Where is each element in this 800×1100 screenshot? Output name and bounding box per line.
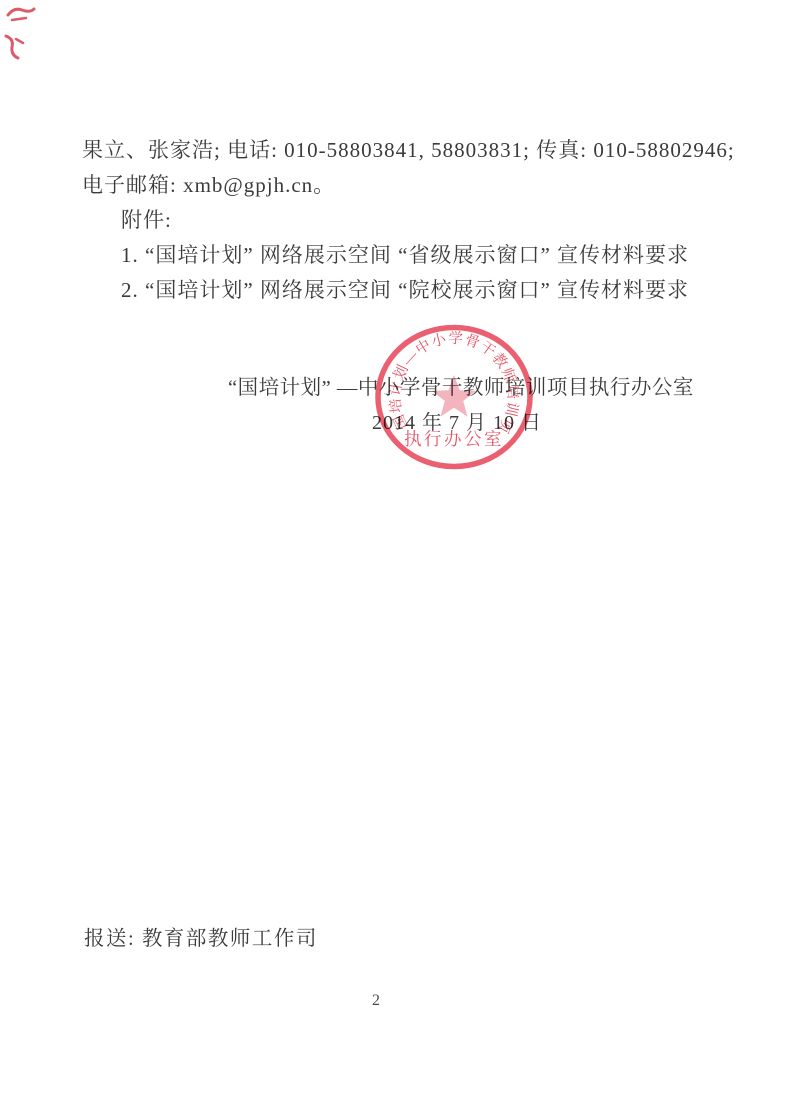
attachment-item-1: 1. “国培计划” 网络展示空间 “省级展示窗口” 宣传材料要求 bbox=[121, 239, 689, 269]
attachments-label: 附件: bbox=[121, 204, 172, 234]
copy-to-line: 报送: 教育部教师工作司 bbox=[84, 921, 318, 951]
attachment-item-2: 2. “国培计划” 网络展示空间 “院校展示窗口” 宣传材料要求 bbox=[121, 274, 689, 304]
red-scan-artifact-icon bbox=[2, 33, 26, 61]
contact-info-line-1: 果立、张家浩; 电话: 010-58803841, 58803831; 传真: … bbox=[82, 134, 735, 164]
page-number: 2 bbox=[372, 992, 380, 1010]
issuing-office-signature: “国培计划” —中小学骨干教师培训项目执行办公室 bbox=[228, 370, 694, 400]
contact-info-line-2: 电子邮箱: xmb@gpjh.cn。 bbox=[82, 169, 335, 199]
red-scan-artifact-icon bbox=[6, 5, 36, 23]
scanned-document-page: 果立、张家浩; 电话: 010-58803841, 58803831; 传真: … bbox=[0, 0, 800, 1100]
issue-date: 2014 年 7 月 10 日 bbox=[372, 406, 542, 435]
